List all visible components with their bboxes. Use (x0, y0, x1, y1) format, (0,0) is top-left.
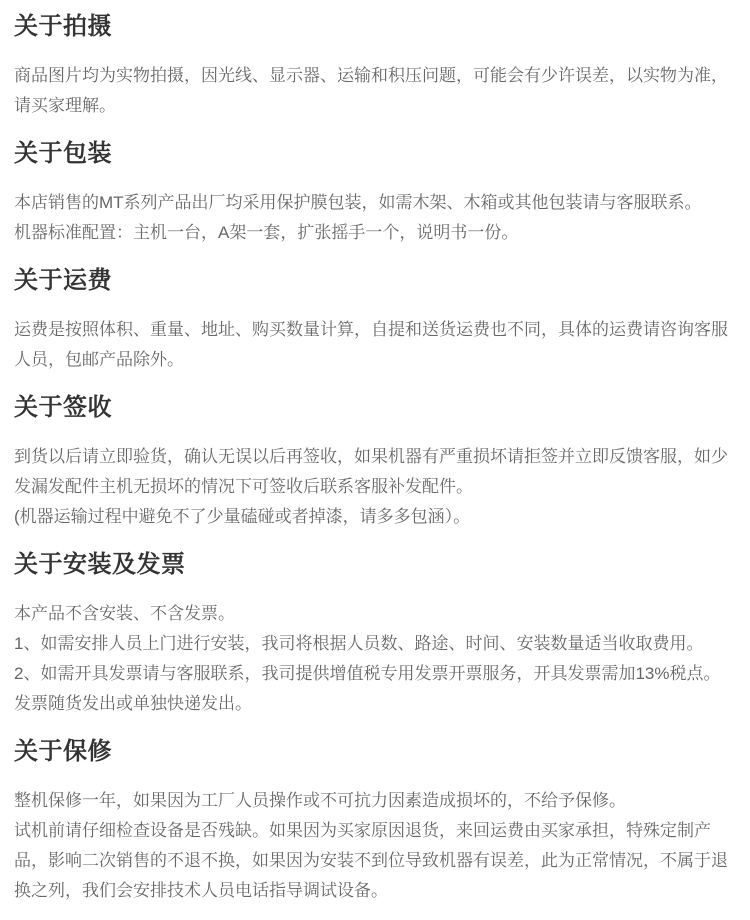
section-heading: 关于签收 (14, 391, 736, 424)
section-installation-invoice: 关于安装及发票 本产品不含安装、不含发票。 1、如需安排人员上门进行安装，我司将… (14, 548, 736, 719)
product-policy-page: 关于拍摄 商品图片均为实物拍摄，因光线、显示器、运输和积压问题，可能会有少许误差… (0, 0, 750, 920)
section-shipping-fee: 关于运费 运费是按照体积、重量、地址、购买数量计算，自提和送货运费也不同，具体的… (14, 264, 736, 375)
section-heading: 关于运费 (14, 264, 736, 297)
section-heading: 关于包装 (14, 137, 736, 170)
section-body: 本店销售的MT系列产品出厂均采用保护膜包装，如需木架、木箱或其他包装请与客服联系… (14, 188, 736, 248)
section-photography: 关于拍摄 商品图片均为实物拍摄，因光线、显示器、运输和积压问题，可能会有少许误差… (14, 10, 736, 121)
section-body: 整机保修一年，如果因为工厂人员操作或不可抗力因素造成损坏的，不给予保修。 试机前… (14, 786, 736, 906)
section-body: 到货以后请立即验货，确认无误以后再签收，如果机器有严重损坏请拒签并立即反馈客服，… (14, 442, 736, 532)
section-receiving: 关于签收 到货以后请立即验货，确认无误以后再签收，如果机器有严重损坏请拒签并立即… (14, 391, 736, 532)
section-warranty: 关于保修 整机保修一年，如果因为工厂人员操作或不可抗力因素造成损坏的，不给予保修… (14, 735, 736, 906)
section-packaging: 关于包装 本店销售的MT系列产品出厂均采用保护膜包装，如需木架、木箱或其他包装请… (14, 137, 736, 248)
section-body: 商品图片均为实物拍摄，因光线、显示器、运输和积压问题，可能会有少许误差，以实物为… (14, 61, 736, 121)
section-body: 运费是按照体积、重量、地址、购买数量计算，自提和送货运费也不同，具体的运费请咨询… (14, 315, 736, 375)
section-body: 本产品不含安装、不含发票。 1、如需安排人员上门进行安装，我司将根据人员数、路途… (14, 599, 736, 719)
section-heading: 关于拍摄 (14, 10, 736, 43)
section-heading: 关于安装及发票 (14, 548, 736, 581)
section-heading: 关于保修 (14, 735, 736, 768)
